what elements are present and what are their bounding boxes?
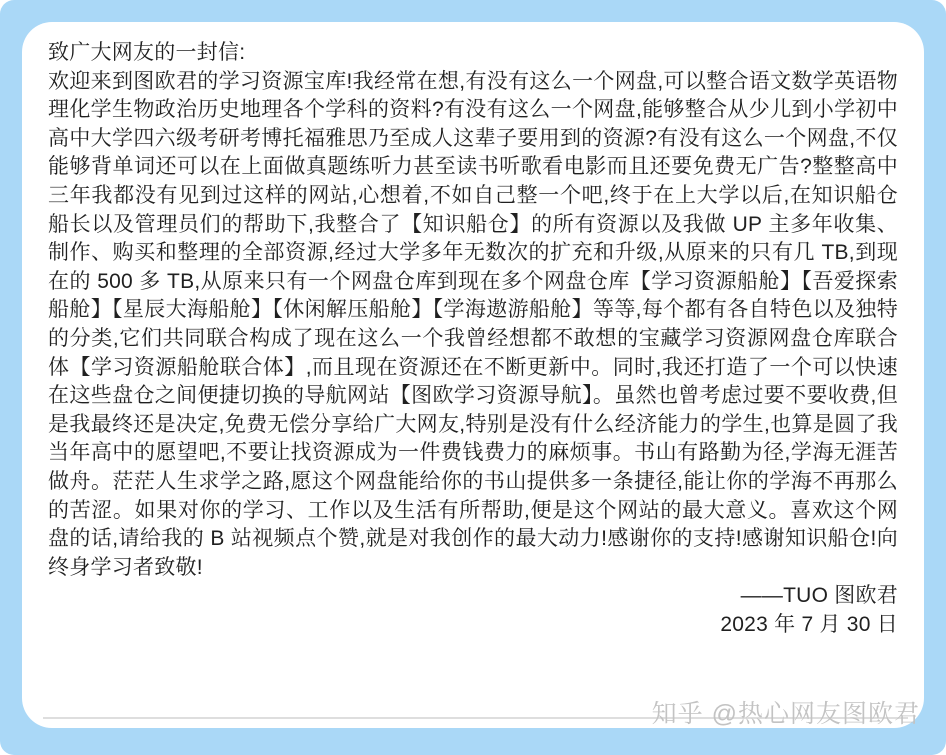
letter-salutation: 致广大网友的一封信: [48, 39, 898, 68]
letter-signature: ——TUO 图欧君 [48, 582, 898, 611]
page-background: 致广大网友的一封信: 欢迎来到图欧君的学习资源宝库!我经常在想,有没有这么一个网… [0, 0, 946, 755]
letter-card: 致广大网友的一封信: 欢迎来到图欧君的学习资源宝库!我经常在想,有没有这么一个网… [22, 22, 924, 728]
letter-date: 2023 年 7 月 30 日 [48, 611, 898, 640]
zhihu-watermark: 知乎 @热心网友图欧君 [652, 702, 920, 727]
letter-body: 欢迎来到图欧君的学习资源宝库!我经常在想,有没有这么一个网盘,可以整合语文数学英… [48, 68, 898, 583]
